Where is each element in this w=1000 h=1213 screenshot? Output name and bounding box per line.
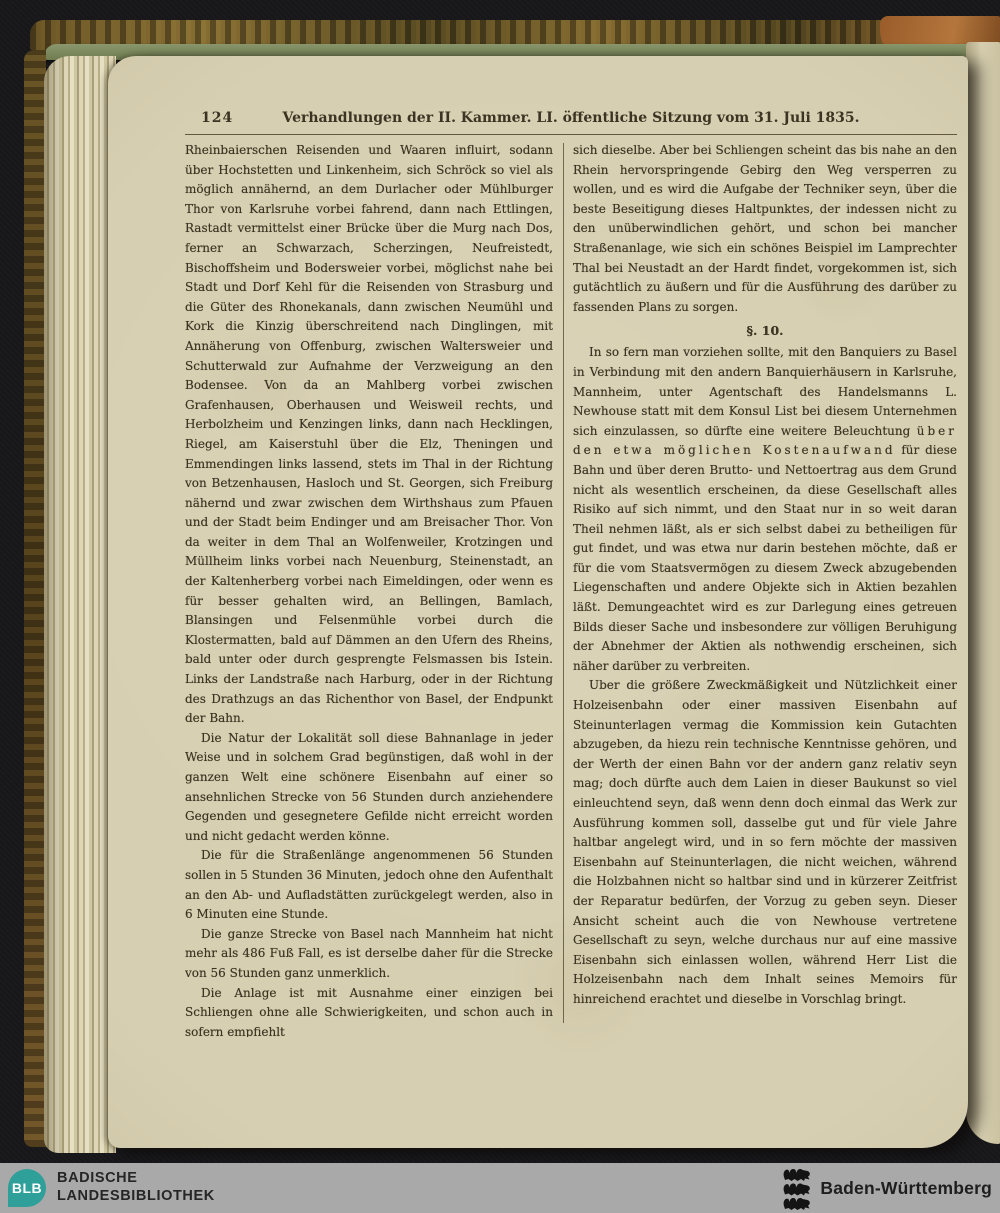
paragraph: Rheinbaierschen Reisenden und Waaren inf…	[185, 141, 553, 729]
paragraph-text: für diese Bahn und über deren Brutto- un…	[573, 443, 957, 673]
paragraph: Die für die Straßenlänge angenommenen 56…	[185, 846, 553, 924]
book-page: 124 Verhandlungen der II. Kammer. LI. öf…	[108, 56, 968, 1148]
page-running-head: 124 Verhandlungen der II. Kammer. LI. öf…	[185, 108, 957, 135]
state-name: Baden-Württemberg	[820, 1178, 992, 1199]
library-brand: BLB BADISCHE LANDESBIBLIOTHEK	[0, 1169, 215, 1207]
state-brand: Baden-Württemberg	[781, 1166, 1000, 1210]
book-left-marbled-edge	[24, 50, 46, 1147]
page-header-title: Verhandlungen der II. Kammer. LI. öffent…	[185, 110, 957, 126]
facing-page-edge	[966, 42, 1000, 1144]
paragraph: Uber die größere Zweckmäßigkeit und Nütz…	[573, 676, 957, 1009]
paragraph: Die ganze Strecke von Basel nach Mannhei…	[185, 925, 553, 984]
footer-brand-bar: BLB BADISCHE LANDESBIBLIOTHEK Baden-Würt…	[0, 1163, 1000, 1213]
library-name: BADISCHE LANDESBIBLIOTHEK	[57, 1170, 215, 1205]
column-left: Rheinbaierschen Reisenden und Waaren inf…	[185, 141, 553, 1037]
blb-logo-badge: BLB	[8, 1169, 46, 1207]
paragraph: In so fern man vorziehen sollte, mit den…	[573, 343, 957, 676]
column-divider	[563, 143, 564, 1023]
library-name-line1: BADISCHE	[57, 1170, 215, 1188]
section-heading: §. 10.	[573, 323, 957, 338]
paragraph-text: In so fern man vorziehen sollte, mit den…	[573, 345, 957, 437]
paragraph: Die Anlage ist mit Ausnahme einer einzig…	[185, 984, 553, 1037]
page-content: 124 Verhandlungen der II. Kammer. LI. öf…	[185, 108, 957, 1124]
text-columns: Rheinbaierschen Reisenden und Waaren inf…	[185, 141, 957, 1037]
column-right: sich dieselbe. Aber bei Schliengen schei…	[573, 141, 957, 1037]
library-name-line2: LANDESBIBLIOTHEK	[57, 1188, 215, 1206]
baden-wuerttemberg-coat-of-arms-icon	[781, 1166, 811, 1210]
paragraph: sich dieselbe. Aber bei Schliengen schei…	[573, 141, 957, 317]
fanned-page-edges	[44, 56, 116, 1153]
paragraph: Die Natur der Lokalität soll diese Bahna…	[185, 729, 553, 847]
